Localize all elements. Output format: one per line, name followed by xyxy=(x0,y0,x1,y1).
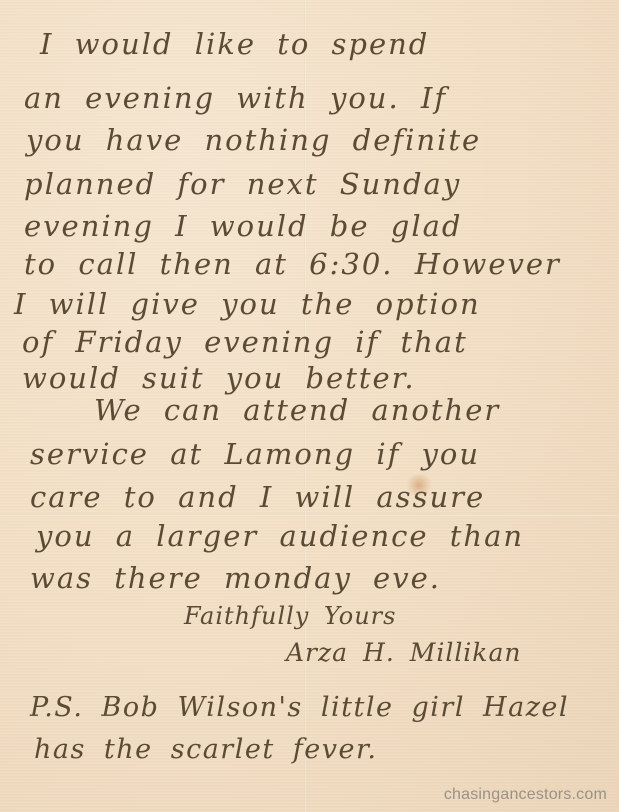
letter-line: care to and I will assure xyxy=(30,483,485,512)
letter-line: I will give you the option xyxy=(14,290,481,319)
letter-line: of Friday evening if that xyxy=(22,328,468,357)
letter-closing: Faithfully Yours xyxy=(184,604,396,628)
postscript-line: has the scarlet fever. xyxy=(34,736,377,763)
letter-signature: Arza H. Millikan xyxy=(286,640,521,665)
watermark-text: chasingancestors.com xyxy=(444,786,607,804)
letter-line: would suit you better. xyxy=(22,364,416,393)
letter-line: was there monday eve. xyxy=(30,564,441,593)
postscript-line: P.S. Bob Wilson's little girl Hazel xyxy=(30,694,569,721)
letter-line: you a larger audience than xyxy=(36,522,524,551)
letter-line: We can attend another xyxy=(94,396,500,425)
letter-line: you have nothing definite xyxy=(26,126,481,155)
letter-line: planned for next Sunday xyxy=(24,170,461,199)
horizontal-fold-crease xyxy=(0,514,619,517)
letter-line: I would like to spend xyxy=(40,30,429,59)
letter-line: to call then at 6:30. However xyxy=(24,250,561,279)
letter-line: evening I would be glad xyxy=(24,212,462,241)
letter-line: an evening with you. If xyxy=(24,84,447,113)
letter-line: service at Lamong if you xyxy=(30,440,480,469)
